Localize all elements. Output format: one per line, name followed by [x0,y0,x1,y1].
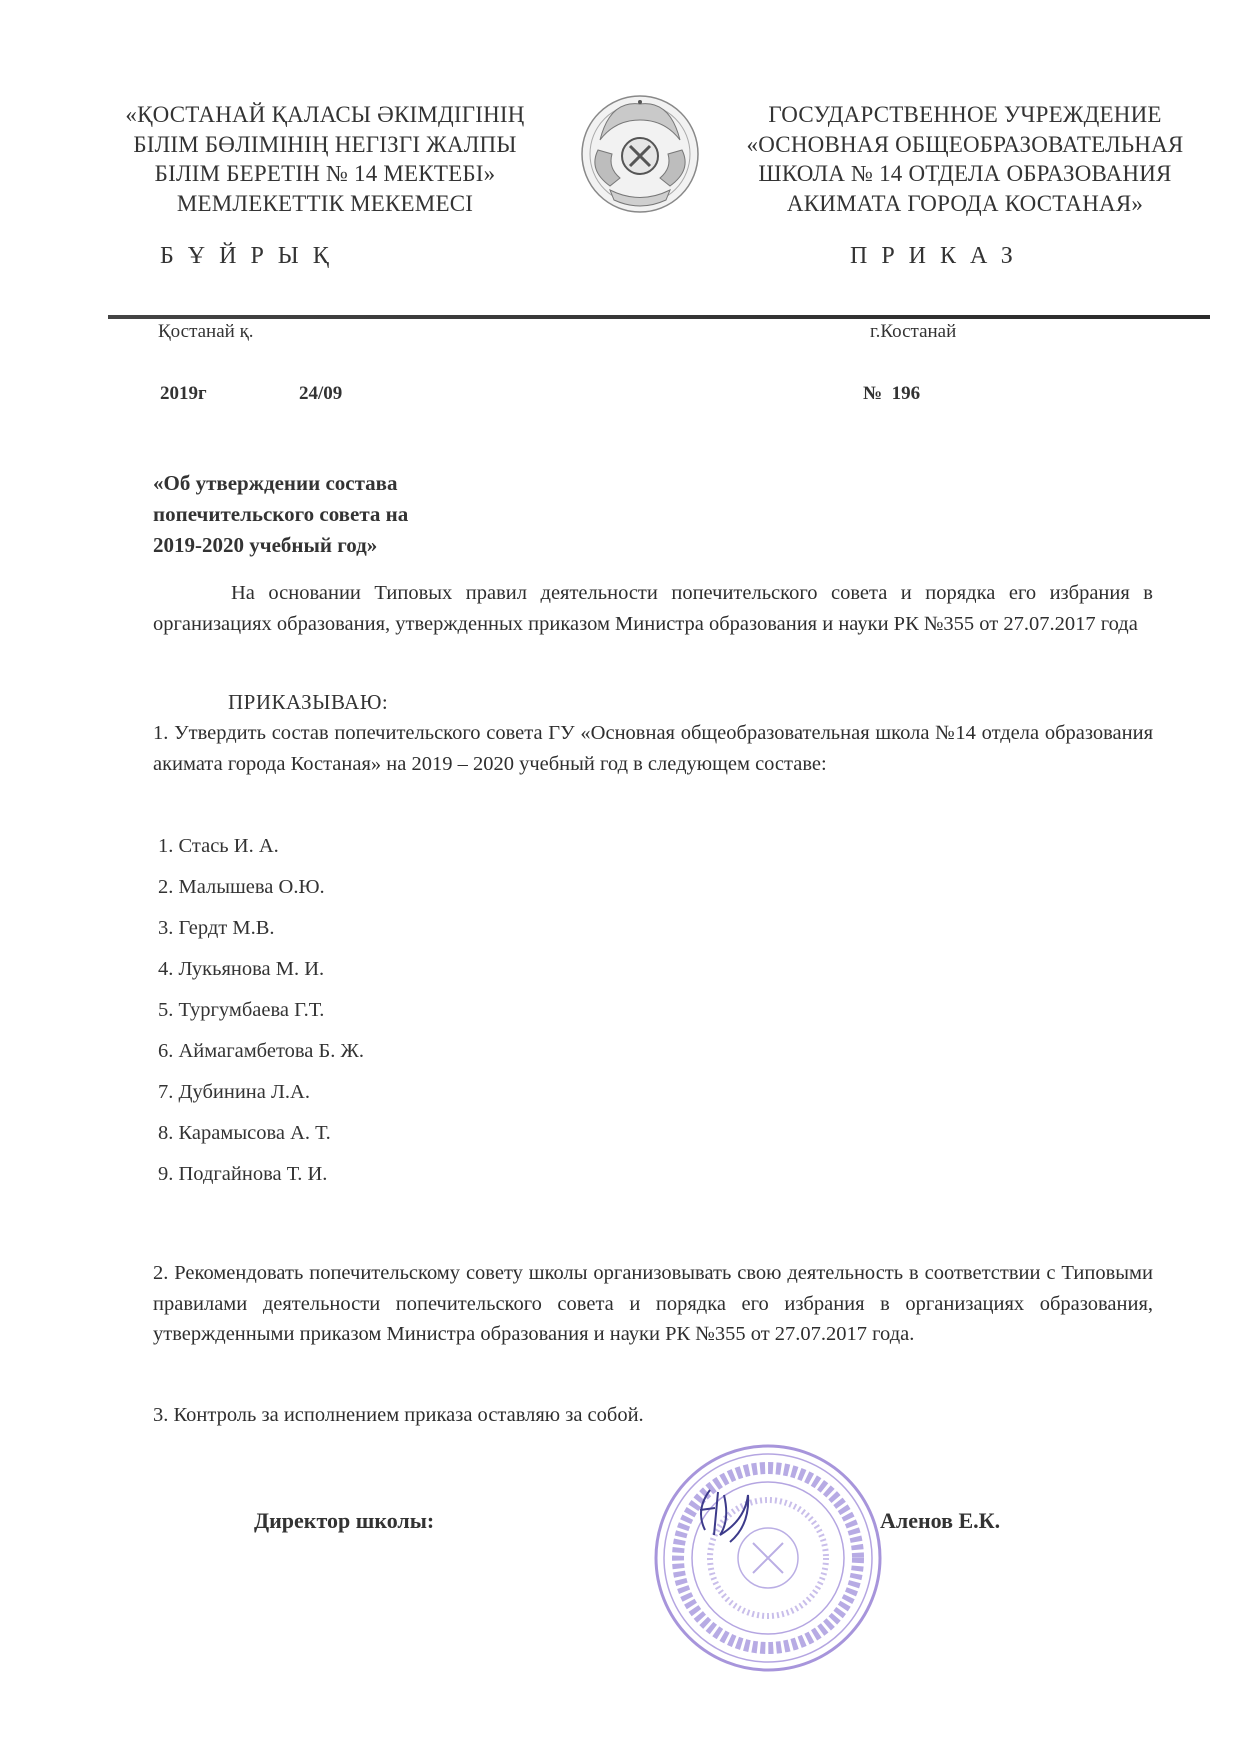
org-name-ru-line: АКИМАТА ГОРОДА КОСТАНАЯ» [720,189,1210,219]
order-date: 24/09 [299,383,342,405]
org-name-kz-line: «ҚОСТАНАЙ ҚАЛАСЫ ӘКІМДІГІНІҢ [90,100,560,130]
member-item: 2. Малышева О.Ю. [158,876,325,899]
member-item: 3. Гердт М.В. [158,917,275,940]
order-title-line: «Об утверждении состава [153,468,408,499]
doc-type-ru: ПРИКАЗ [850,243,1027,270]
org-name-kz-line: БІЛІМ БӨЛІМІНІҢ НЕГІЗГІ ЖАЛПЫ [90,130,560,160]
state-emblem-icon [580,90,700,218]
item-2: 2. Рекомендовать попечительскому совету … [153,1258,1153,1350]
order-title: «Об утверждении состава попечительского … [153,468,408,561]
member-item: 4. Лукьянова М. И. [158,958,324,981]
order-number: № 196 [863,383,920,405]
order-title-line: попечительского совета на [153,499,408,530]
member-item: 5. Тургумбаева Г.Т. [158,999,324,1022]
order-year: 2019г [160,383,207,405]
member-item: 9. Подгайнова Т. И. [158,1163,327,1186]
city-ru: г.Костанай [870,321,956,343]
member-item: 6. Аймагамбетова Б. Ж. [158,1040,364,1063]
item-3: 3. Контроль за исполнением приказа остав… [153,1400,1153,1431]
org-name-ru-line: ГОСУДАРСТВЕННОЕ УЧРЕЖДЕНИЕ [720,100,1210,130]
city-kz: Қостанай қ. [158,321,254,343]
member-item: 8. Карамысова А. Т. [158,1122,331,1145]
order-title-line: 2019-2020 учебный год» [153,530,408,561]
signature-name: Аленов Е.К. [880,1508,1000,1534]
order-word: ПРИКАЗЫВАЮ: [228,690,388,715]
signature-icon [690,1480,760,1550]
preamble: На основании Типовых правил деятельности… [153,578,1153,639]
org-name-ru: ГОСУДАРСТВЕННОЕ УЧРЕЖДЕНИЕ «ОСНОВНАЯ ОБЩ… [720,100,1210,218]
official-stamp-icon [648,1438,888,1678]
member-item: 1. Стась И. А. [158,835,279,858]
signature-role: Директор школы: [254,1508,434,1534]
doc-type-kz: БҰЙРЫҚ [160,243,343,270]
header-divider [108,315,1210,319]
item-1: 1. Утвердить состав попечительского сове… [153,718,1153,779]
org-name-kz-line: МЕМЛЕКЕТТІК МЕКЕМЕСІ [90,189,560,219]
org-name-kz-line: БІЛІМ БЕРЕТІН № 14 МЕКТЕБІ» [90,159,560,189]
org-name-ru-line: «ОСНОВНАЯ ОБЩЕОБРАЗОВАТЕЛЬНАЯ [720,130,1210,160]
member-item: 7. Дубинина Л.А. [158,1081,310,1104]
org-name-kz: «ҚОСТАНАЙ ҚАЛАСЫ ӘКІМДІГІНІҢ БІЛІМ БӨЛІМ… [90,100,560,218]
org-name-ru-line: ШКОЛА № 14 ОТДЕЛА ОБРАЗОВАНИЯ [720,159,1210,189]
